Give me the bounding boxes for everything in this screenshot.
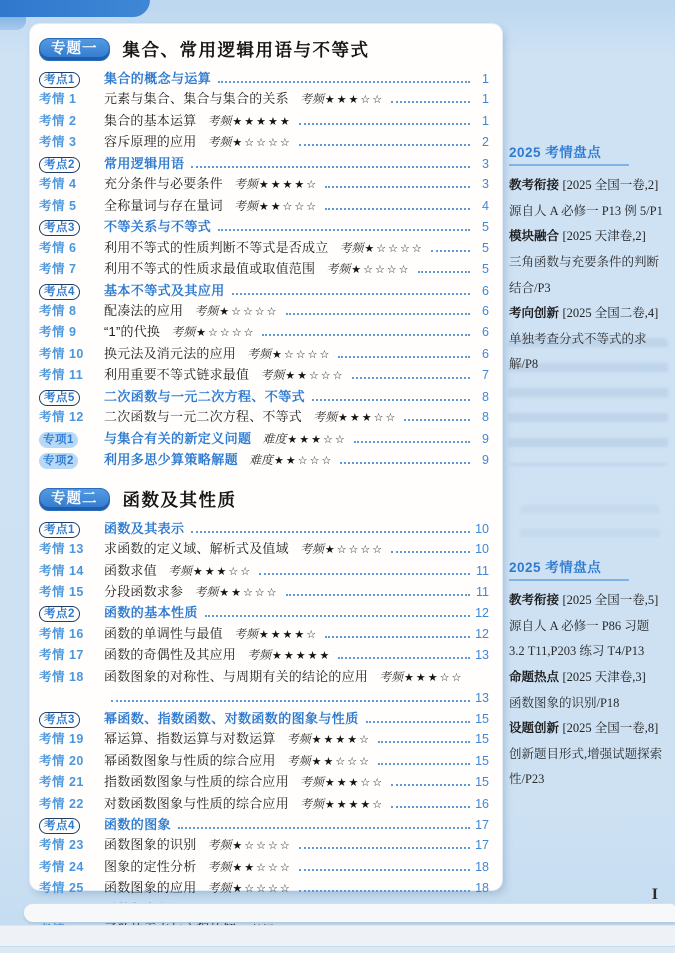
row-text: 与集合有关的新定义问题	[104, 429, 251, 448]
row-freq-label: 考频	[194, 302, 218, 321]
dot-leader	[338, 356, 470, 358]
row-page: 4	[474, 197, 489, 216]
row-text: 集合的概念与运算	[104, 69, 211, 88]
toc-row: 考点2 函数的基本性质 12	[39, 603, 489, 623]
row-label: 考情 15	[39, 583, 84, 602]
row-freq-label: 考频	[287, 730, 311, 749]
row-label-col: 考情 17	[39, 645, 104, 665]
row-freq-label: 考频	[207, 858, 231, 877]
row-label-col: 考情 22	[39, 794, 104, 814]
sidebar-ref: [2025 全国一卷,5]	[563, 593, 659, 607]
row-text: 集合的基本运算	[104, 111, 196, 130]
row-label-col: 考情 14	[39, 561, 104, 581]
row-label-col: 考情 24	[39, 857, 104, 877]
toc-row: 考点5 二次函数与一元二次方程、不等式 8	[39, 387, 489, 407]
sidebar-keyword: 教考衔接	[509, 178, 559, 192]
sidebar-ref: [2025 全国一卷,2]	[563, 178, 659, 192]
row-label-col: 考情 10	[39, 344, 104, 364]
row-text: 利用多思少算策略解题	[104, 450, 238, 469]
row-label: 考情 21	[39, 773, 84, 792]
row-page: 10	[474, 520, 489, 539]
row-page: 6	[474, 323, 489, 342]
row-page: 3	[474, 155, 489, 174]
row-page: 15	[474, 730, 489, 749]
sidebar-exam-insight-1: 2025 考情盘点 教考衔接 [2025 全国一卷,2] 源自人 A 必修一 P…	[509, 141, 665, 378]
row-label: 考点2	[39, 157, 80, 173]
row-label-col: 考情 4	[39, 174, 104, 194]
row-label: 专项1	[39, 432, 78, 448]
toc-row: 考情 14 函数求值 考频 ★★★☆☆ 11	[39, 561, 489, 582]
row-page: 12	[474, 625, 489, 644]
dot-leader	[378, 763, 470, 765]
row-freq-label: 难度	[262, 430, 286, 449]
toc-row: 考点1 函数及其表示 10	[39, 519, 489, 539]
section-badge: 专题一	[39, 38, 110, 61]
row-label: 考点3	[39, 712, 80, 728]
toc-row: 考情 25 函数图象的应用 考频 ★☆☆☆☆ 18	[39, 878, 489, 899]
toc-rows-0: 考点1 集合的概念与运算 1 考情 1 元素与集合、集合与集合的关系 考频 ★★…	[39, 69, 489, 472]
row-label-col: 考情 11	[39, 365, 104, 385]
row-label: 考点2	[39, 606, 80, 622]
dot-leader	[391, 806, 470, 808]
row-label: 考情 6	[39, 239, 76, 258]
dot-leader	[418, 271, 470, 273]
row-page: 8	[474, 388, 489, 407]
dot-leader	[366, 721, 470, 723]
row-label-col: 考情 13	[39, 539, 104, 559]
row-label: 考情 22	[39, 795, 84, 814]
row-text: 函数求值	[104, 561, 157, 580]
row-label-col: 考情 25	[39, 878, 104, 898]
row-label: 考点1	[39, 522, 80, 538]
row-text: 利用重要不等式链求最值	[104, 365, 249, 384]
row-stars: ★☆☆☆☆	[196, 324, 255, 343]
row-page: 1	[474, 90, 489, 109]
section-badge: 专题二	[39, 488, 110, 511]
row-stars: ★☆☆☆☆	[219, 303, 278, 322]
dot-leader	[378, 741, 470, 743]
row-freq-label: 难度	[249, 451, 273, 470]
row-page: 13	[474, 689, 489, 708]
row-label: 考情 18	[39, 668, 84, 687]
row-stars: ★★★☆☆	[325, 91, 384, 110]
row-stars: ★★★☆☆	[287, 431, 346, 450]
dot-leader	[286, 594, 470, 596]
toc-row: 考情 1 元素与集合、集合与集合的关系 考频 ★★★☆☆ 1	[39, 89, 489, 110]
row-label: 考情 12	[39, 408, 84, 427]
row-page: 18	[474, 858, 489, 877]
row-freq-label: 考频	[339, 239, 363, 258]
sidebar-desc: 源自人 A 必修一 P86 习题 3.2 T11,P203 练习 T4/P13	[509, 614, 665, 665]
row-page: 17	[474, 836, 489, 855]
row-freq-label: 考频	[300, 773, 324, 792]
section-header-2: 专题二 函数及其性质	[39, 487, 489, 512]
toc-row: 考点3 不等关系与不等式 5	[39, 217, 489, 237]
row-label: 考情 1	[39, 90, 76, 109]
sidebar-entry: 考向创新 [2025 全国二卷,4] 单独考查分式不等式的求解/P8	[509, 301, 665, 378]
dot-leader	[391, 784, 470, 786]
sidebar-ref: [2025 天津卷,3]	[563, 670, 646, 684]
row-label-col: 考点2	[39, 154, 104, 173]
toc-row: 考情 23 函数图象的识别 考频 ★☆☆☆☆ 17	[39, 835, 489, 856]
sidebar-keyword: 模块融合	[509, 229, 559, 243]
page-stack-edge-3	[0, 947, 675, 953]
row-label-col: 考情 16	[39, 624, 104, 644]
dot-leader	[312, 399, 470, 401]
row-freq-label: 考频	[234, 175, 258, 194]
row-text: 函数图象的识别	[104, 835, 196, 854]
row-label-col: 专项1	[39, 429, 104, 448]
row-freq-label: 考频	[287, 752, 311, 771]
dot-leader	[404, 419, 470, 421]
row-page: 2	[474, 133, 489, 152]
row-page: 15	[474, 752, 489, 771]
row-text: 幂函数图象与性质的综合应用	[104, 751, 276, 770]
row-page: 6	[474, 345, 489, 364]
section-title: 集合、常用逻辑用语与不等式	[123, 37, 370, 62]
dot-leader	[325, 186, 470, 188]
dot-leader	[325, 208, 470, 210]
row-stars: ★★★★☆	[312, 731, 371, 750]
toc-row: 考点2 常用逻辑用语 3	[39, 154, 489, 174]
row-freq-label: 考频	[300, 540, 324, 559]
toc-row: 考情 15 分段函数求参 考频 ★★☆☆☆ 11	[39, 582, 489, 603]
row-text: 二次函数与一元二次方程、不等式	[104, 407, 302, 426]
row-label: 考情 3	[39, 133, 76, 152]
toc-row: 考情 4 充分条件与必要条件 考频 ★★★★☆ 3	[39, 174, 489, 195]
sidebar-title: 2025 考情盘点	[509, 556, 629, 581]
row-text: 求函数的定义域、解析式及值域	[104, 539, 289, 558]
page-stack-edge-2	[0, 925, 675, 946]
row-freq-label: 考频	[300, 795, 324, 814]
sidebar-ref: [2025 全国二卷,4]	[563, 306, 659, 320]
toc-row: 考点4 基本不等式及其应用 6	[39, 281, 489, 301]
row-label: 考点4	[39, 818, 80, 834]
toc-row: 考情 22 对数函数图象与性质的综合应用 考频 ★★★★☆ 16	[39, 794, 489, 815]
row-page: 12	[474, 604, 489, 623]
row-page: 5	[474, 239, 489, 258]
row-freq-label: 考频	[194, 583, 218, 602]
row-label-col: 考情 6	[39, 238, 104, 258]
dot-leader	[299, 123, 470, 125]
row-text: 利用不等式的性质求最值或取值范围	[104, 259, 315, 278]
row-text: 对数函数图象与性质的综合应用	[104, 794, 289, 813]
row-freq-label: 考频	[260, 366, 284, 385]
dot-leader	[259, 573, 470, 575]
row-label: 考点4	[39, 284, 80, 300]
row-label: 考情 2	[39, 112, 76, 131]
row-label-col: 考情 3	[39, 132, 104, 152]
row-stars: ★☆☆☆☆	[232, 837, 291, 856]
toc-row: 考情 6 利用不等式的性质判断不等式是否成立 考频 ★☆☆☆☆ 5	[39, 238, 489, 259]
dot-leader	[262, 334, 470, 336]
row-label: 考情 9	[39, 323, 76, 342]
book-corner-tab	[0, 0, 150, 17]
sidebar-exam-insight-2: 2025 考情盘点 教考衔接 [2025 全国一卷,5] 源自人 A 必修一 P…	[509, 556, 665, 793]
row-stars: ★★★☆☆	[404, 669, 463, 688]
row-label: 考情 5	[39, 197, 76, 216]
row-text: 换元法及消元法的应用	[104, 344, 236, 363]
toc-row: 考情 7 利用不等式的性质求最值或取值范围 考频 ★☆☆☆☆ 5	[39, 259, 489, 280]
dot-leader	[232, 293, 470, 295]
row-label: 专项2	[39, 453, 78, 469]
toc-content: 专题一 集合、常用逻辑用语与不等式 考点1 集合的概念与运算 1 考情 1 元素…	[30, 24, 502, 942]
dot-leader	[191, 166, 470, 168]
row-stars: ★★★☆☆	[325, 774, 384, 793]
dot-leader	[340, 462, 470, 464]
toc-row: 考点4 函数的图象 17	[39, 815, 489, 835]
toc-row: 考点1 集合的概念与运算 1	[39, 69, 489, 89]
toc-row: 考情 12 二次函数与一元二次方程、不等式 考频 ★★★☆☆ 8	[39, 407, 489, 428]
sidebar-entry: 教考衔接 [2025 全国一卷,2] 源自人 A 必修一 P13 例 5/P1	[509, 173, 665, 224]
row-label-col: 考点4	[39, 281, 104, 300]
row-label: 考情 8	[39, 302, 76, 321]
row-page: 8	[474, 408, 489, 427]
dot-leader	[325, 636, 470, 638]
row-page: 1	[474, 70, 489, 89]
row-label: 考情 20	[39, 752, 84, 771]
row-text: 函数的图象	[104, 815, 171, 834]
row-label-col: 考点1	[39, 519, 104, 538]
sidebar-keyword: 考向创新	[509, 306, 559, 320]
dot-leader	[354, 441, 470, 443]
row-stars: ★☆☆☆☆	[351, 261, 410, 280]
row-label-col: 考点3	[39, 217, 104, 236]
toc-row: 考情 8 配凑法的应用 考频 ★☆☆☆☆ 6	[39, 301, 489, 322]
toc-row: 考情 3 容斥原理的应用 考频 ★☆☆☆☆ 2	[39, 132, 489, 153]
row-label-col: 考情 23	[39, 835, 104, 855]
toc-row: 考情 19 幂运算、指数运算与对数运算 考频 ★★★★☆ 15	[39, 729, 489, 750]
sidebar-desc: 三角函数与充要条件的判断结合/P3	[509, 250, 665, 301]
row-stars: ★★★☆☆	[338, 409, 397, 428]
row-page: 9	[474, 451, 489, 470]
row-text: 函数图象的对称性、与周期有关的结论的应用	[104, 667, 368, 686]
row-text: 指数函数图象与性质的综合应用	[104, 772, 289, 791]
sidebar-entry: 命题热点 [2025 天津卷,3] 函数图象的识别/P18	[509, 665, 665, 716]
row-page: 9	[474, 430, 489, 449]
toc-row: 考情 5 全称量词与存在量词 考频 ★★☆☆☆ 4	[39, 196, 489, 217]
row-freq-label: 考频	[234, 197, 258, 216]
row-stars: ★★☆☆☆	[232, 859, 291, 878]
sidebar-entry: 设题创新 [2025 全国一卷,8] 创新题目形式,增强试题探索性/P23	[509, 716, 665, 793]
dot-leader	[205, 615, 470, 617]
row-text: 函数的基本性质	[104, 603, 198, 622]
row-page: 10	[474, 540, 489, 559]
row-label-col: 考情 21	[39, 772, 104, 792]
row-label-col: 考情 5	[39, 196, 104, 216]
row-label-col: 考点2	[39, 603, 104, 622]
sidebar-keyword: 设题创新	[509, 721, 559, 735]
row-stars: ★★★★☆	[325, 796, 384, 815]
row-label: 考情 17	[39, 646, 84, 665]
toc-row: 考情 11 利用重要不等式链求最值 考频 ★★☆☆☆ 7	[39, 365, 489, 386]
toc-row: 考情 10 换元法及消元法的应用 考频 ★☆☆☆☆ 6	[39, 344, 489, 365]
row-text: 充分条件与必要条件	[104, 174, 223, 193]
dot-leader	[111, 700, 470, 702]
row-page: 1	[474, 112, 489, 131]
dot-leader	[218, 229, 470, 231]
toc-row: 专项1 与集合有关的新定义问题 难度 ★★★☆☆ 9	[39, 429, 489, 450]
row-page: 6	[474, 302, 489, 321]
dot-leader	[391, 551, 470, 553]
toc-row: 专项2 利用多思少算策略解题 难度 ★★☆☆☆ 9	[39, 450, 489, 471]
toc-page: 专题一 集合、常用逻辑用语与不等式 考点1 集合的概念与运算 1 考情 1 元素…	[30, 24, 502, 890]
row-freq-label: 考频	[207, 133, 231, 152]
row-text: 函数的单调性与最值	[104, 624, 223, 643]
row-text: 容斥原理的应用	[104, 132, 196, 151]
row-label: 考情 23	[39, 836, 84, 855]
row-page: 5	[474, 260, 489, 279]
row-stars: ★★★★★	[232, 113, 291, 132]
section-title: 函数及其性质	[123, 487, 237, 512]
row-label-col: 考情 19	[39, 729, 104, 749]
row-label-col: 考情 8	[39, 301, 104, 321]
row-text: 函数及其表示	[104, 519, 184, 538]
row-stars: ★★☆☆☆	[312, 753, 371, 772]
page-bleed-ghost	[520, 505, 660, 545]
row-label-col: 考情 9	[39, 322, 104, 342]
row-stars: ★★★★★	[272, 647, 331, 666]
toc-row: 考情 17 函数的奇偶性及其应用 考频 ★★★★★ 13	[39, 645, 489, 666]
toc-row: 考情 16 函数的单调性与最值 考频 ★★★★☆ 12	[39, 624, 489, 645]
dot-leader	[431, 250, 470, 252]
page-stack-edge-1	[24, 903, 675, 922]
sidebar-ref: [2025 全国一卷,8]	[563, 721, 659, 735]
row-label: 考情 11	[39, 366, 83, 385]
row-freq-label: 考频	[313, 408, 337, 427]
row-text: 元素与集合、集合与集合的关系	[104, 89, 289, 108]
row-freq-label: 考频	[168, 562, 192, 581]
row-label-col: 考情 18	[39, 667, 104, 687]
row-text: 幂函数、指数函数、对数函数的图象与性质	[104, 709, 359, 728]
dot-leader	[299, 847, 470, 849]
row-label: 考情 14	[39, 562, 84, 581]
sidebar-keyword: 命题热点	[509, 670, 559, 684]
row-text: 不等关系与不等式	[104, 217, 211, 236]
row-label-col: 考情 20	[39, 751, 104, 771]
row-page: 15	[474, 710, 489, 729]
row-label-col: 考情 12	[39, 407, 104, 427]
row-label-col: 考点5	[39, 387, 104, 406]
toc-row: 考情 13 求函数的定义域、解析式及值域 考频 ★☆☆☆☆ 10	[39, 539, 489, 560]
row-text: “1”的代换	[104, 322, 160, 341]
row-text: 分段函数求参	[104, 582, 183, 601]
row-label-col	[39, 688, 104, 707]
dot-leader	[338, 657, 470, 659]
row-label: 考点1	[39, 72, 80, 88]
row-freq-label: 考频	[171, 323, 195, 342]
row-freq-label: 考频	[247, 345, 271, 364]
row-text: 基本不等式及其应用	[104, 281, 225, 300]
sidebar-desc: 创新题目形式,增强试题探索性/P23	[509, 742, 665, 793]
folio-page-number: I	[652, 886, 658, 904]
row-label: 考情 7	[39, 260, 76, 279]
sidebar-desc: 源自人 A 必修一 P13 例 5/P1	[509, 199, 665, 225]
row-label: 考点5	[39, 390, 80, 406]
row-label-col: 考情 2	[39, 111, 104, 131]
row-label: 考情 19	[39, 730, 84, 749]
toc-row: 考情 21 指数函数图象与性质的综合应用 考频 ★★★☆☆ 15	[39, 772, 489, 793]
row-label: 考情 16	[39, 625, 84, 644]
row-stars: ★☆☆☆☆	[325, 541, 384, 560]
sidebar-ref: [2025 天津卷,2]	[563, 229, 646, 243]
row-text: 配凑法的应用	[104, 301, 183, 320]
row-page: 3	[474, 175, 489, 194]
row-label: 考情 24	[39, 858, 84, 877]
row-page: 18	[474, 879, 489, 898]
row-freq-label: 考频	[207, 879, 231, 898]
row-label-col: 考点1	[39, 69, 104, 88]
row-label-col: 考情 15	[39, 582, 104, 602]
row-text: 全称量词与存在量词	[104, 196, 223, 215]
toc-row: 考点3 幂函数、指数函数、对数函数的图象与性质 15	[39, 709, 489, 729]
row-stars: ★☆☆☆☆	[272, 346, 331, 365]
row-stars: ★★★★☆	[259, 176, 318, 195]
row-freq-label: 考频	[234, 625, 258, 644]
row-label-col: 专项2	[39, 450, 104, 469]
toc-row: 考情 20 幂函数图象与性质的综合应用 考频 ★★☆☆☆ 15	[39, 751, 489, 772]
row-page: 7	[474, 366, 489, 385]
dot-leader	[299, 869, 470, 871]
row-freq-label: 考频	[247, 646, 271, 665]
row-page: 13	[474, 646, 489, 665]
row-text: 图象的定性分析	[104, 857, 196, 876]
row-stars: ★☆☆☆☆	[364, 240, 423, 259]
row-text: 二次函数与一元二次方程、不等式	[104, 387, 305, 406]
dot-leader	[191, 531, 470, 533]
row-label-col: 考点4	[39, 815, 104, 834]
row-freq-label: 考频	[207, 836, 231, 855]
row-label: 考点3	[39, 220, 80, 236]
row-page: 11	[474, 583, 489, 602]
row-page: 15	[474, 773, 489, 792]
sidebar-title: 2025 考情盘点	[509, 141, 629, 166]
dot-leader	[299, 890, 470, 892]
row-stars: ★★☆☆☆	[285, 367, 344, 386]
row-stars: ★★☆☆☆	[274, 452, 333, 471]
sidebar-desc: 函数图象的识别/P18	[509, 691, 665, 717]
dot-leader	[218, 81, 470, 83]
sidebar-keyword: 教考衔接	[509, 593, 559, 607]
dot-leader	[352, 377, 470, 379]
row-page: 5	[474, 218, 489, 237]
dot-leader	[391, 101, 470, 103]
toc-rows-1: 考点1 函数及其表示 10 考情 13 求函数的定义域、解析式及值域 考频 ★☆…	[39, 519, 489, 942]
row-freq-label: 考频	[207, 112, 231, 131]
row-label-col: 考情 7	[39, 259, 104, 279]
row-label-col: 考情 1	[39, 89, 104, 109]
row-page: 6	[474, 282, 489, 301]
row-freq-label: 考频	[379, 668, 403, 687]
row-freq-label: 考频	[326, 260, 350, 279]
row-label: 考情 13	[39, 540, 84, 559]
sidebar-desc: 单独考查分式不等式的求解/P8	[509, 327, 665, 378]
row-label: 考情 4	[39, 175, 76, 194]
row-stars: ★★★★☆	[259, 626, 318, 645]
row-text: 常用逻辑用语	[104, 154, 184, 173]
row-page: 17	[474, 816, 489, 835]
row-stars: ★★☆☆☆	[259, 198, 318, 217]
dot-leader	[286, 313, 470, 315]
row-page: 16	[474, 795, 489, 814]
row-freq-label: 考频	[300, 90, 324, 109]
row-page: 11	[474, 562, 489, 581]
dot-leader	[299, 144, 470, 146]
row-text: 幂运算、指数运算与对数运算	[104, 729, 276, 748]
toc-row: 13	[39, 688, 489, 708]
toc-row: 考情 2 集合的基本运算 考频 ★★★★★ 1	[39, 111, 489, 132]
toc-row: 考情 9 “1”的代换 考频 ★☆☆☆☆ 6	[39, 322, 489, 343]
